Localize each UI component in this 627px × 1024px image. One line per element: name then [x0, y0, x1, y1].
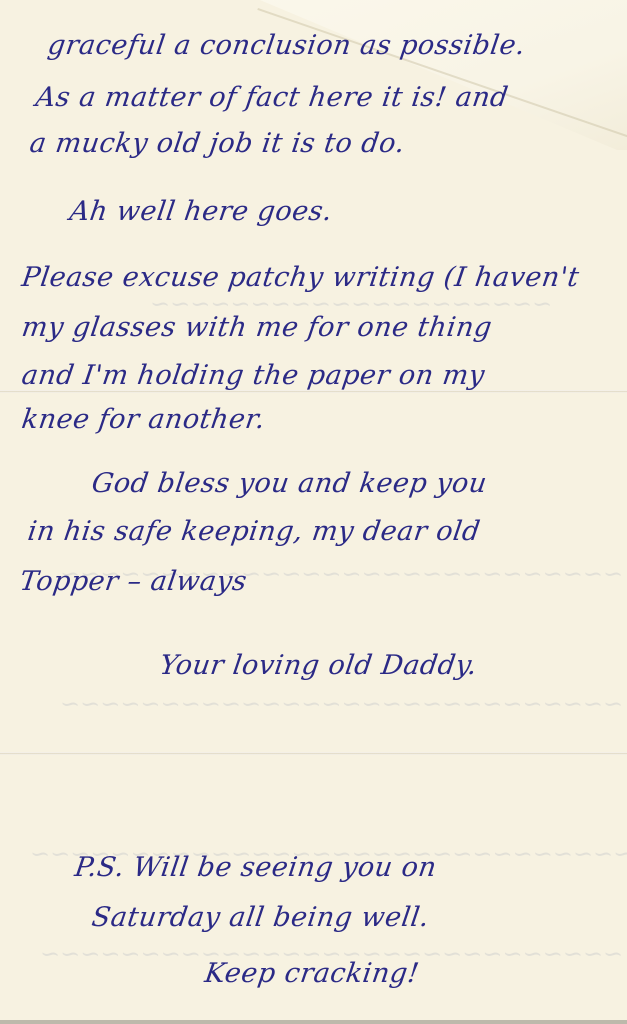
- postscript-line: P.S. Will be seeing you on: [73, 852, 439, 883]
- letter-line: Topper – always: [18, 566, 249, 597]
- postscript-line: Keep cracking!: [203, 958, 421, 989]
- letter-line: in his safe keeping, my dear old: [26, 516, 482, 547]
- letter-line: Please excuse patchy writing (I haven't: [20, 262, 581, 293]
- letter-line: a mucky old job it is to do.: [28, 128, 407, 159]
- postscript-line: Saturday all being well.: [90, 902, 431, 933]
- letter-line: God bless you and keep you: [90, 468, 489, 499]
- letter-line: graceful a conclusion as possible.: [46, 30, 528, 61]
- letter-line: Ah well here goes.: [68, 196, 335, 227]
- letter-line: my glasses with me for one thing: [20, 312, 494, 343]
- letter-page: ~~~~~~~~~~~~~~~~~~~~ ~~~~~~~~~~~~~~~~~~~…: [0, 0, 627, 1024]
- paper-bottom-edge: [0, 1020, 627, 1024]
- paper-crease: [0, 752, 627, 755]
- letter-line: As a matter of fact here it is! and: [34, 82, 510, 113]
- signature: Your loving old Daddy.: [158, 650, 479, 681]
- bleed-through-text: ~~~~~~~~~~~~~~~~~~~~~~~~~~~~: [60, 690, 623, 718]
- letter-line: and I'm holding the paper on my: [20, 360, 487, 391]
- letter-line: knee for another.: [20, 404, 267, 435]
